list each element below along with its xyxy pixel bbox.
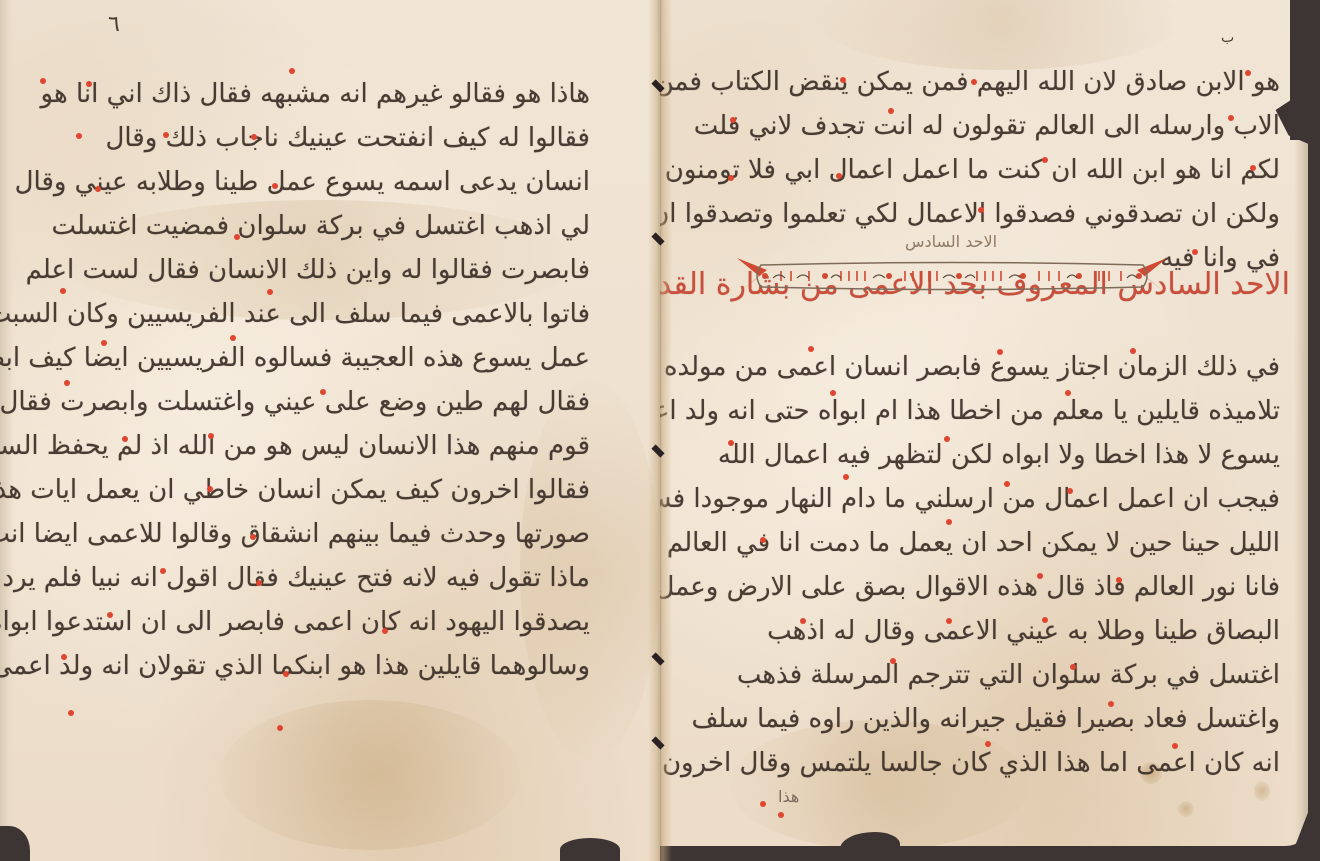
rubric-dot [61,654,67,660]
rubric-dot [730,117,736,123]
rubric-dot [95,186,101,192]
rubric-dot [1067,488,1073,494]
rubric-dot [76,133,82,139]
rubric-dot [971,79,977,85]
text-line: لي اذهب اغتسل في بركة سلوان فمضيت اغتسلت [60,204,590,248]
text-line: فاتوا بالاعمى فيما سلف الى عند الفريسيين… [60,292,590,336]
rubric-dot [64,380,70,386]
rubric-dot [728,175,734,181]
rubric-dot [289,68,295,74]
text-line: عمل يسوع هذه العجيبة فسالوه الفريسيين اي… [60,336,590,380]
rubric-dot [840,77,846,83]
rubric-dot [272,183,278,189]
rubric-dot [888,108,894,114]
text-line: ماذا تقول فيه لانه فتح عينيك فقال اقول ا… [60,556,590,600]
manuscript-spread: ٦ هاذا هو فقالو غيرهم انه مشبهه فقال ذاك… [0,0,1320,861]
rubric-dot [86,81,92,87]
text-line: لكم انا هو ابن الله ان كنت ما اعمل اعمال… [720,148,1280,192]
rubric-dot [283,671,289,677]
rubric-dot [1245,70,1251,76]
rubric-dot [256,580,262,586]
rubric-dot [944,436,950,442]
right-page-text-block-bottom: في ذلك الزمان اجتاز يسوع فابصر انسان اعم… [725,345,1280,785]
rubric-dot [1116,577,1122,583]
rubric-dot [1037,573,1043,579]
rubric-dot [1042,157,1048,163]
text-line: فقال لهم طين وضع على عيني واغتسلت وابصرت… [60,380,590,424]
rubric-dot [1130,348,1136,354]
rubric-dot [978,207,984,213]
ink-spot [1178,801,1194,817]
text-line: انه كان اعمى اما هذا الذي كان جالسا يلتم… [725,741,1280,785]
left-page-text-block: هاذا هو فقالو غيرهم انه مشبهه فقال ذاك ا… [60,72,590,688]
rubric-dot [1172,743,1178,749]
page-tear [560,838,620,861]
rubric-dot [382,628,388,634]
rubric-dot [267,289,273,295]
rubric-dot [1042,617,1048,623]
rubric-dot [1070,664,1076,670]
page-tear [840,832,900,861]
rubric-dot [760,537,766,543]
rubric-dot [946,618,952,624]
rubric-dot [830,390,836,396]
rubric-dot [101,340,107,346]
left-page: ٦ هاذا هو فقالو غيرهم انه مشبهه فقال ذاك… [0,0,660,861]
rubric-dot [1004,481,1010,487]
page-tear [0,826,30,861]
text-line: فانا نور العالم فاذ قال هذه الاقوال بصق … [725,565,1280,609]
rubric-dot [107,612,113,618]
text-line: قوم منهم هذا الانسان ليس هو من الله اذ ل… [60,424,590,468]
rubric-dot [207,486,213,492]
rubric-dot [250,534,256,540]
headband-caption: الاحد السادس [905,232,997,251]
rubric-dot [160,568,166,574]
text-line: صورتها وحدث فيما بينهم انشقاق وقالوا للا… [60,512,590,556]
rubric-dot [760,801,766,807]
text-line: ولكن ان تصدقوني فصدقوا الاعمال لكي تعلمو… [720,192,1280,236]
text-line: فابصرت فقالوا له واين ذلك الانسان فقال ل… [60,248,590,292]
rubric-dot [163,132,169,138]
text-line: فيجب ان اعمل اعمال من ارسلني ما دام النه… [725,477,1280,521]
right-page-text-block-top: هو الابن صادق لان الله اليهم فمن يمكن ين… [720,60,1280,236]
text-line: وسالوهما قايلين هذا هو ابنكما الذي تقولا… [60,644,590,688]
text-line: فقالوا له كيف انفتحت عينيك ناجاب ذلك وقا… [60,116,590,160]
right-page: ب هو الابن صادق لان الله اليهم فمن يمكن … [660,0,1308,846]
rubric-dot [800,618,806,624]
water-stain [220,700,520,850]
rubric-dot [208,433,214,439]
rubric-dot [997,349,1003,355]
text-line: هو الابن صادق لان الله اليهم فمن يمكن ين… [720,60,1280,104]
text-line: يسوع لا هذا اخطا ولا ابواه لكن لتظهر فيه… [725,433,1280,477]
rubric-dot [230,335,236,341]
folio-number: ٦ [108,12,120,37]
rubric-dot [946,519,952,525]
rubric-dot [836,173,842,179]
rubric-dot [1228,115,1234,121]
rubric-dot [985,741,991,747]
catchword: هذا [778,787,799,806]
gutter-fold [658,0,660,861]
text-line: فقالوا اخرون كيف يمكن انسان خاطي ان يعمل… [60,468,590,512]
book-gutter [648,0,672,861]
text-line: واغتسل فعاد بصيرا فقيل جيرانه والذين راو… [725,697,1280,741]
rubric-dot [728,440,734,446]
text-line: الاب وارسله الى العالم تقولون له انت تجد… [720,104,1280,148]
rubric-dot [60,288,66,294]
rubric-dot [1108,701,1114,707]
rubric-dot [277,725,283,731]
rubric-dot [843,474,849,480]
rubric-dot [68,710,74,716]
right-page-edge [1294,140,1308,840]
folio-mark: ب [1221,30,1234,46]
headband-ornament-icon [737,256,1167,296]
page-edge-shadow [1290,0,1320,140]
rubric-dot [808,346,814,352]
text-line: انسان يدعى اسمه يسوع عمل طينا وطلابه عين… [60,160,590,204]
text-line: اغتسل في بركة سلوان التي تترجم المرسلة ف… [725,653,1280,697]
rubric-dot [890,658,896,664]
text-line: البصاق طينا وطلا به عيني الاعمى وقال له … [725,609,1280,653]
rubric-dot [1192,249,1198,255]
rubric-dot [234,234,240,240]
rubric-dot [1250,165,1256,171]
text-line: الليل حينا حين لا يمكن احد ان يعمل ما دم… [725,521,1280,565]
text-line: يصدقوا اليهود انه كان اعمى فابصر الى ان … [60,600,590,644]
rubric-dot [778,812,784,818]
rubric-dot [122,436,128,442]
rubric-dot [1065,390,1071,396]
text-line: تلاميذه قايلين يا معلم من اخطا هذا ام اب… [725,389,1280,433]
rubric-dot [320,389,326,395]
rubric-dot [251,134,257,140]
rubric-dot [40,78,46,84]
text-line: هاذا هو فقالو غيرهم انه مشبهه فقال ذاك ا… [60,72,590,116]
decorative-headband [737,256,1167,296]
